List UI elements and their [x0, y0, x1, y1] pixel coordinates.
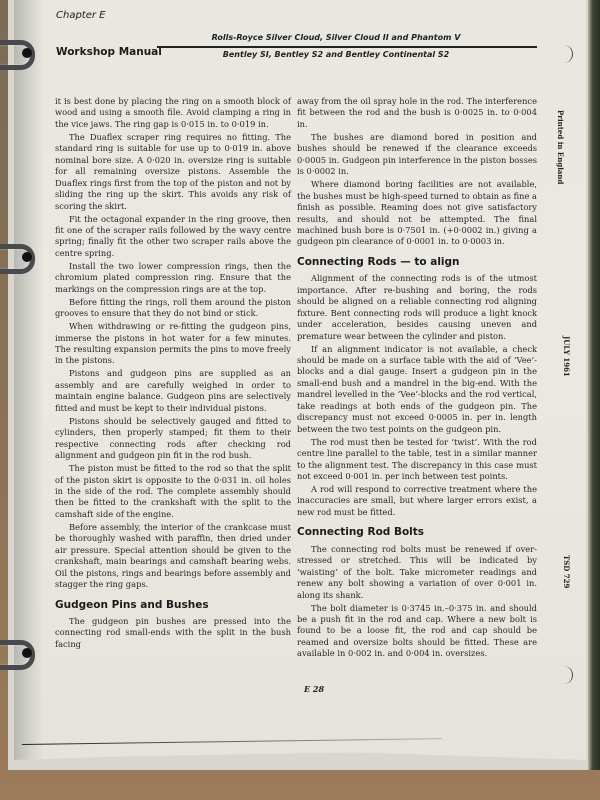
paragraph: Pistons should be selectively gauged and…: [55, 416, 291, 462]
paragraph: Before fitting the rings, roll them arou…: [55, 297, 291, 320]
page-number: E 28: [304, 684, 324, 694]
margin-note-code: TSD 729: [562, 555, 571, 588]
section-heading: Gudgeon Pins and Bushes: [55, 600, 291, 611]
chapter-label: Chapter E: [56, 10, 105, 21]
paragraph: Pistons and gudgeon pins are supplied as…: [55, 368, 291, 414]
pencil-mark: [562, 45, 573, 63]
paragraph: Alignment of the connecting rods is of t…: [297, 273, 537, 342]
manual-title: Workshop Manual: [56, 46, 162, 58]
paragraph: The gudgeon pin bushes are pressed into …: [55, 616, 291, 650]
paragraph: Where diamond boring facilities are not …: [297, 179, 537, 248]
paragraph: If an alignment indicator is not availab…: [297, 344, 537, 436]
paragraph: Fit the octagonal expander in the ring g…: [55, 214, 291, 260]
paragraph: When withdrawing or re-fitting the gudge…: [55, 321, 291, 367]
header-rule: [157, 46, 537, 48]
paragraph: The rod must then be tested for ‘twist’.…: [297, 437, 537, 483]
models-line-rolls-royce: Rolls-Royce Silver Cloud, Silver Cloud I…: [186, 33, 486, 42]
punch-hole: [22, 48, 32, 58]
punch-hole: [22, 252, 32, 262]
paragraph: it is best done by placing the ring on a…: [55, 96, 291, 130]
paragraph: A rod will respond to corrective treatme…: [297, 484, 537, 518]
paragraph: away from the oil spray hole in the rod.…: [297, 96, 537, 130]
margin-note-date: JULY 1961: [562, 336, 571, 377]
punch-hole: [22, 648, 32, 658]
pencil-mark: [562, 666, 573, 684]
right-text-column: away from the oil spray hole in the rod.…: [297, 96, 537, 661]
manual-page: Chapter E Workshop Manual Rolls-Royce Si…: [14, 0, 586, 760]
paragraph: The Duaflex scraper ring requires no fit…: [55, 132, 291, 212]
paragraph: Install the two lower compression rings,…: [55, 261, 291, 295]
paragraph: The bushes are diamond bored in position…: [297, 132, 537, 178]
models-line-bentley: Bentley SI, Bentley S2 and Bentley Conti…: [186, 50, 486, 59]
paragraph: Before assembly, the interior of the cra…: [55, 522, 291, 591]
paragraph: The connecting rod bolts must be renewed…: [297, 544, 537, 601]
paragraph: The piston must be fitted to the rod so …: [55, 463, 291, 520]
left-text-column: it is best done by placing the ring on a…: [55, 96, 291, 652]
section-heading: Connecting Rod Bolts: [297, 527, 537, 538]
margin-note-printed: Printed in England: [556, 110, 565, 184]
paragraph: The bolt diameter is 0·3745 in.–0·375 in…: [297, 603, 537, 660]
binder-spine: [588, 0, 600, 770]
section-heading: Connecting Rods — to align: [297, 257, 537, 268]
